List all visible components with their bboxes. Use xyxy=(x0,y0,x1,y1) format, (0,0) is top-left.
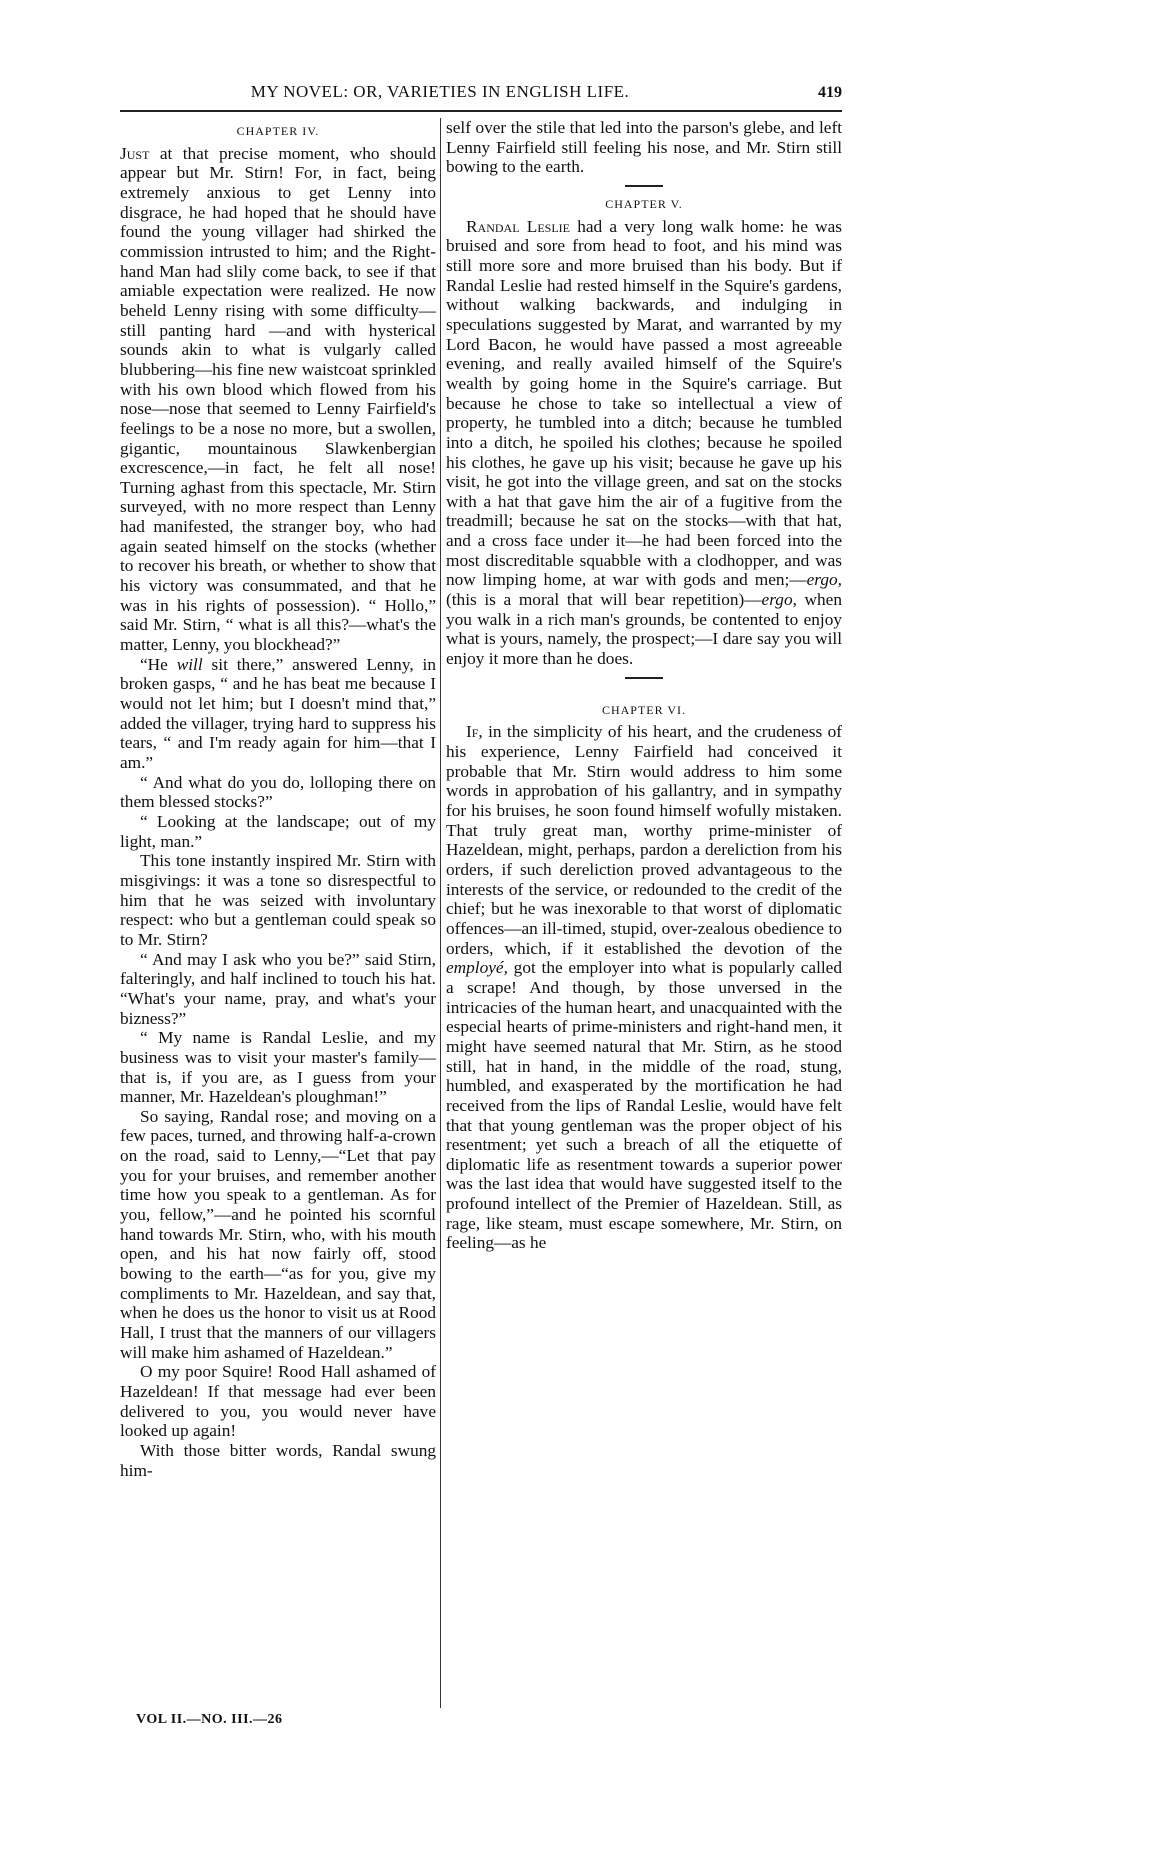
section-rule xyxy=(625,185,663,187)
chapter-v-paragraph: Randal Leslie had a very long walk home:… xyxy=(446,217,842,669)
paragraph-text: in the simplicity of his heart, and the … xyxy=(446,722,842,957)
italic-text: ergo, xyxy=(807,570,842,589)
paragraph-text: got the employer into what is popularly … xyxy=(446,958,842,1252)
chapter-iv-paragraph: “ And may I ask who you be?” said Stirn,… xyxy=(120,950,436,1029)
header-rule xyxy=(120,110,842,112)
chapter-vi-lead-word: If, xyxy=(466,722,483,741)
chapter-iv-paragraph: With those bitter words, Randal swung hi… xyxy=(120,1441,436,1480)
paragraph-text: at that precise moment, who should appea… xyxy=(120,144,436,654)
chapter-vi-paragraph: If, in the simplicity of his heart, and … xyxy=(446,722,842,1253)
chapter-v-lead-words: Randal Leslie xyxy=(466,217,570,236)
chapter-iv-paragraph: Just at that precise moment, who should … xyxy=(120,144,436,655)
section-rule xyxy=(625,677,663,679)
paragraph-text: “He xyxy=(140,655,177,674)
italic-text: employé, xyxy=(446,958,508,977)
chapter-v-heading: CHAPTER V. xyxy=(446,195,842,215)
chapter-iv-heading: CHAPTER IV. xyxy=(120,122,436,142)
chapter-iv-paragraph: “ My name is Randal Leslie, and my busin… xyxy=(120,1028,436,1107)
chapter-iv-paragraph: O my poor Squire! Rood Hall ashamed of H… xyxy=(120,1362,436,1441)
running-header: MY NOVEL: OR, VARIETIES IN ENGLISH LIFE.… xyxy=(120,78,842,108)
signature-mark: VOL II.—NO. III.—26 xyxy=(120,1712,452,1728)
chapter-vi-heading: CHAPTER VI. xyxy=(446,701,842,721)
chapter-iv-paragraph: “He will sit there,” answered Lenny, in … xyxy=(120,655,436,773)
paragraph-text: (this is a moral that will bear repetiti… xyxy=(446,590,762,609)
running-title: MY NOVEL: OR, VARIETIES IN ENGLISH LIFE. xyxy=(120,82,760,102)
left-column: CHAPTER IV. Just at that precise moment,… xyxy=(120,118,436,1480)
italic-text: ergo, xyxy=(762,590,797,609)
italic-text: will xyxy=(177,655,203,674)
page-number: 419 xyxy=(818,84,842,102)
paragraph-text: had a very long walk home: he was bruise… xyxy=(446,217,842,590)
right-column: self over the stile that led into the pa… xyxy=(446,118,842,1253)
chapter-iv-paragraph: This tone instantly inspired Mr. Stirn w… xyxy=(120,851,436,949)
chapter-iv-paragraph: “ Looking at the landscape; out of my li… xyxy=(120,812,436,851)
continuation-paragraph: self over the stile that led into the pa… xyxy=(446,118,842,177)
chapter-iv-paragraph: “ And what do you do, lolloping there on… xyxy=(120,773,436,812)
column-divider xyxy=(440,118,441,1708)
chapter-iv-lead-word: Just xyxy=(120,144,149,163)
chapter-iv-paragraph: So saying, Randal rose; and moving on a … xyxy=(120,1107,436,1363)
